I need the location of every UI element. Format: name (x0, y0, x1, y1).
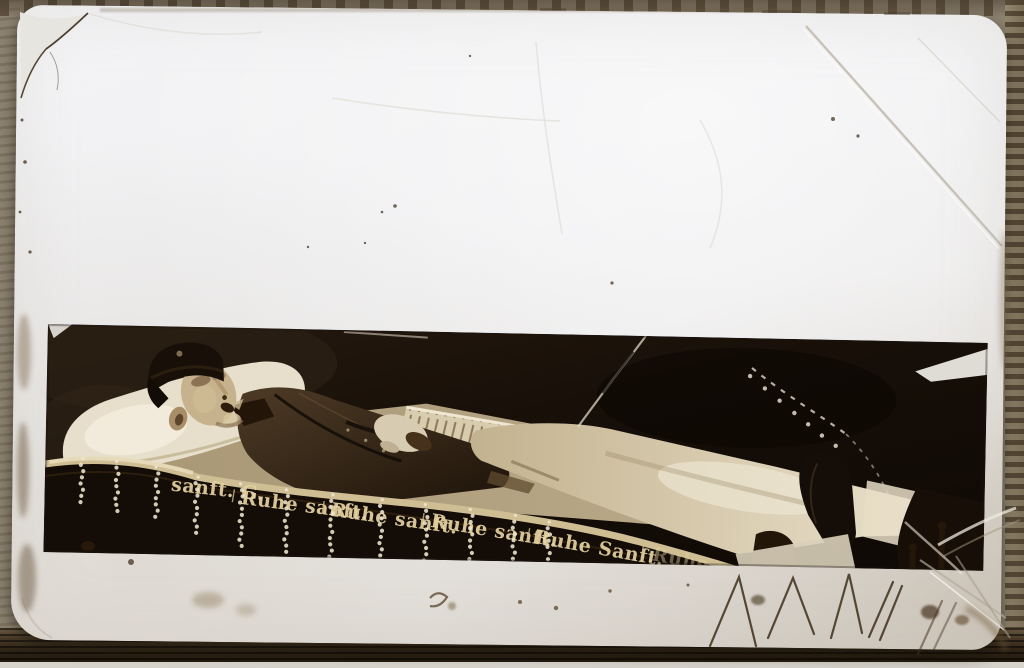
memorial-photograph: sanft. G.Ruhe sanft.Ruhe sanft.Ruhe sanf… (43, 324, 987, 571)
scanned-postcard-scene: sanft. G.Ruhe sanft.Ruhe sanft.Ruhe sanf… (0, 0, 1024, 668)
scan-edge-strip (0, 662, 1024, 668)
photo-artwork: sanft. G.Ruhe sanft.Ruhe sanft.Ruhe sanf… (43, 324, 987, 571)
wood-table-right-edge (1005, 0, 1024, 668)
